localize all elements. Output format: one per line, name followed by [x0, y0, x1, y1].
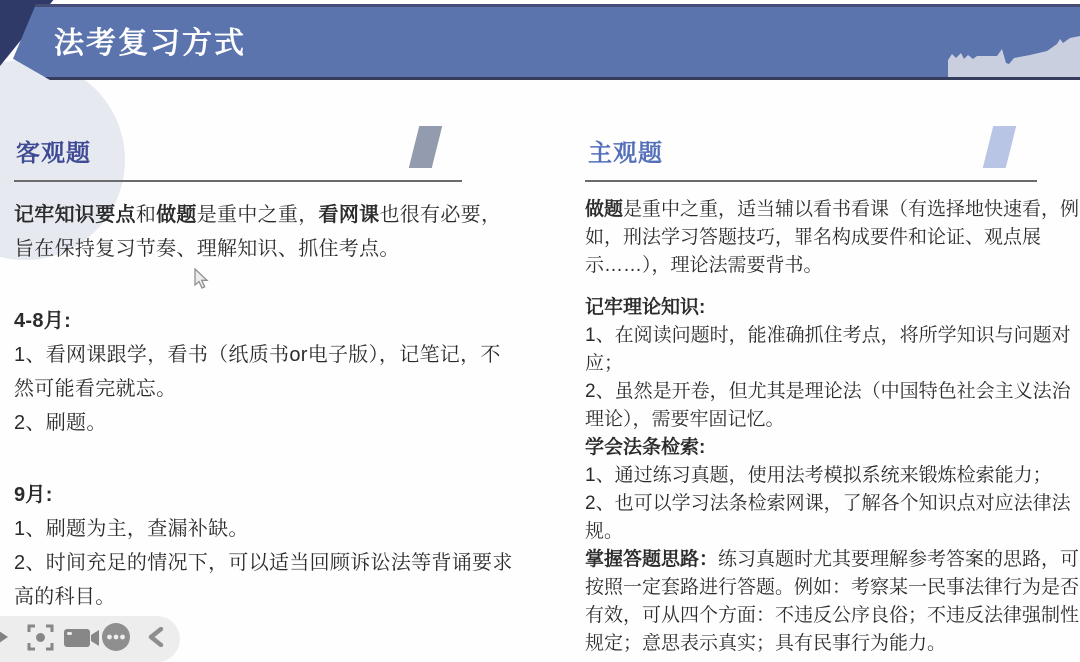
paragraph: 1、在阅读问题时，能准确抓住考点，将所学知识与问题对应；	[585, 322, 1080, 378]
heading-divider	[585, 180, 1037, 182]
paragraph: 1、看网课跟学，看书（纸质书or电子版），记笔记，不然可能看完就忘。	[14, 338, 516, 406]
skyline-silhouette-decoration	[930, 13, 1080, 77]
heading-tag-decoration	[983, 126, 1016, 168]
paragraph: 2、也可以学习法条检索网课，了解各个知识点对应法律法规。	[585, 490, 1080, 546]
paragraph: 1、刷题为主，查漏补缺。	[14, 512, 516, 546]
column-heading-objective: 客观题	[16, 133, 91, 168]
column-heading-subjective: 主观题	[588, 133, 663, 168]
screen-capture-icon[interactable]	[27, 624, 54, 654]
paragraph: 做题是重中之重，适当辅以看书看课（有选择地快速看，例如，刑法学习答题技巧，罪名构…	[585, 196, 1080, 280]
camera-icon[interactable]	[64, 628, 100, 651]
slide-screenshot: 法考复习方式 客观题 主观题 记牢知识要点和做题是重中之重，看网课也很有必要，旨…	[0, 0, 1080, 662]
objective-column-content: 记牢知识要点和做题是重中之重，看网课也很有必要，旨在保持复习节奏、理解知识、抓住…	[14, 198, 516, 614]
heading-divider	[14, 180, 462, 182]
heading-tag-decoration	[409, 126, 442, 168]
section-heading: 4-8月:	[14, 304, 516, 338]
paragraph: 掌握答题思路：练习真题时尤其要理解参考答案的思路，可按照一定套路进行答题。例如：…	[585, 546, 1080, 658]
section-heading: 记牢理论知识:	[585, 294, 1080, 322]
section-heading: 学会法条检索:	[585, 434, 1080, 462]
paragraph: 2、刷题。	[14, 406, 516, 440]
paragraph: 1、通过练习真题，使用法考模拟系统来锻炼检索能力；	[585, 462, 1080, 490]
expand-arrow-icon[interactable]	[0, 627, 14, 650]
collapse-chevron-icon[interactable]	[147, 627, 165, 650]
paragraph: 记牢知识要点和做题是重中之重，看网课也很有必要，旨在保持复习节奏、理解知识、抓住…	[14, 198, 516, 266]
paragraph: 2、时间充足的情况下，可以适当回顾诉讼法等背诵要求高的科目。	[14, 546, 516, 614]
section-heading: 9月:	[14, 478, 516, 512]
title-banner: 法考复习方式	[0, 4, 1080, 80]
paragraph: 2、虽然是开卷，但尤其是理论法（中国特色社会主义法治理论），需要牢固记忆。	[585, 378, 1080, 434]
more-options-icon[interactable]	[101, 622, 131, 655]
subjective-column-content: 做题是重中之重，适当辅以看书看课（有选择地快速看，例如，刑法学习答题技巧，罪名构…	[585, 196, 1080, 658]
mouse-cursor	[194, 268, 210, 290]
page-title: 法考复习方式	[54, 18, 246, 62]
